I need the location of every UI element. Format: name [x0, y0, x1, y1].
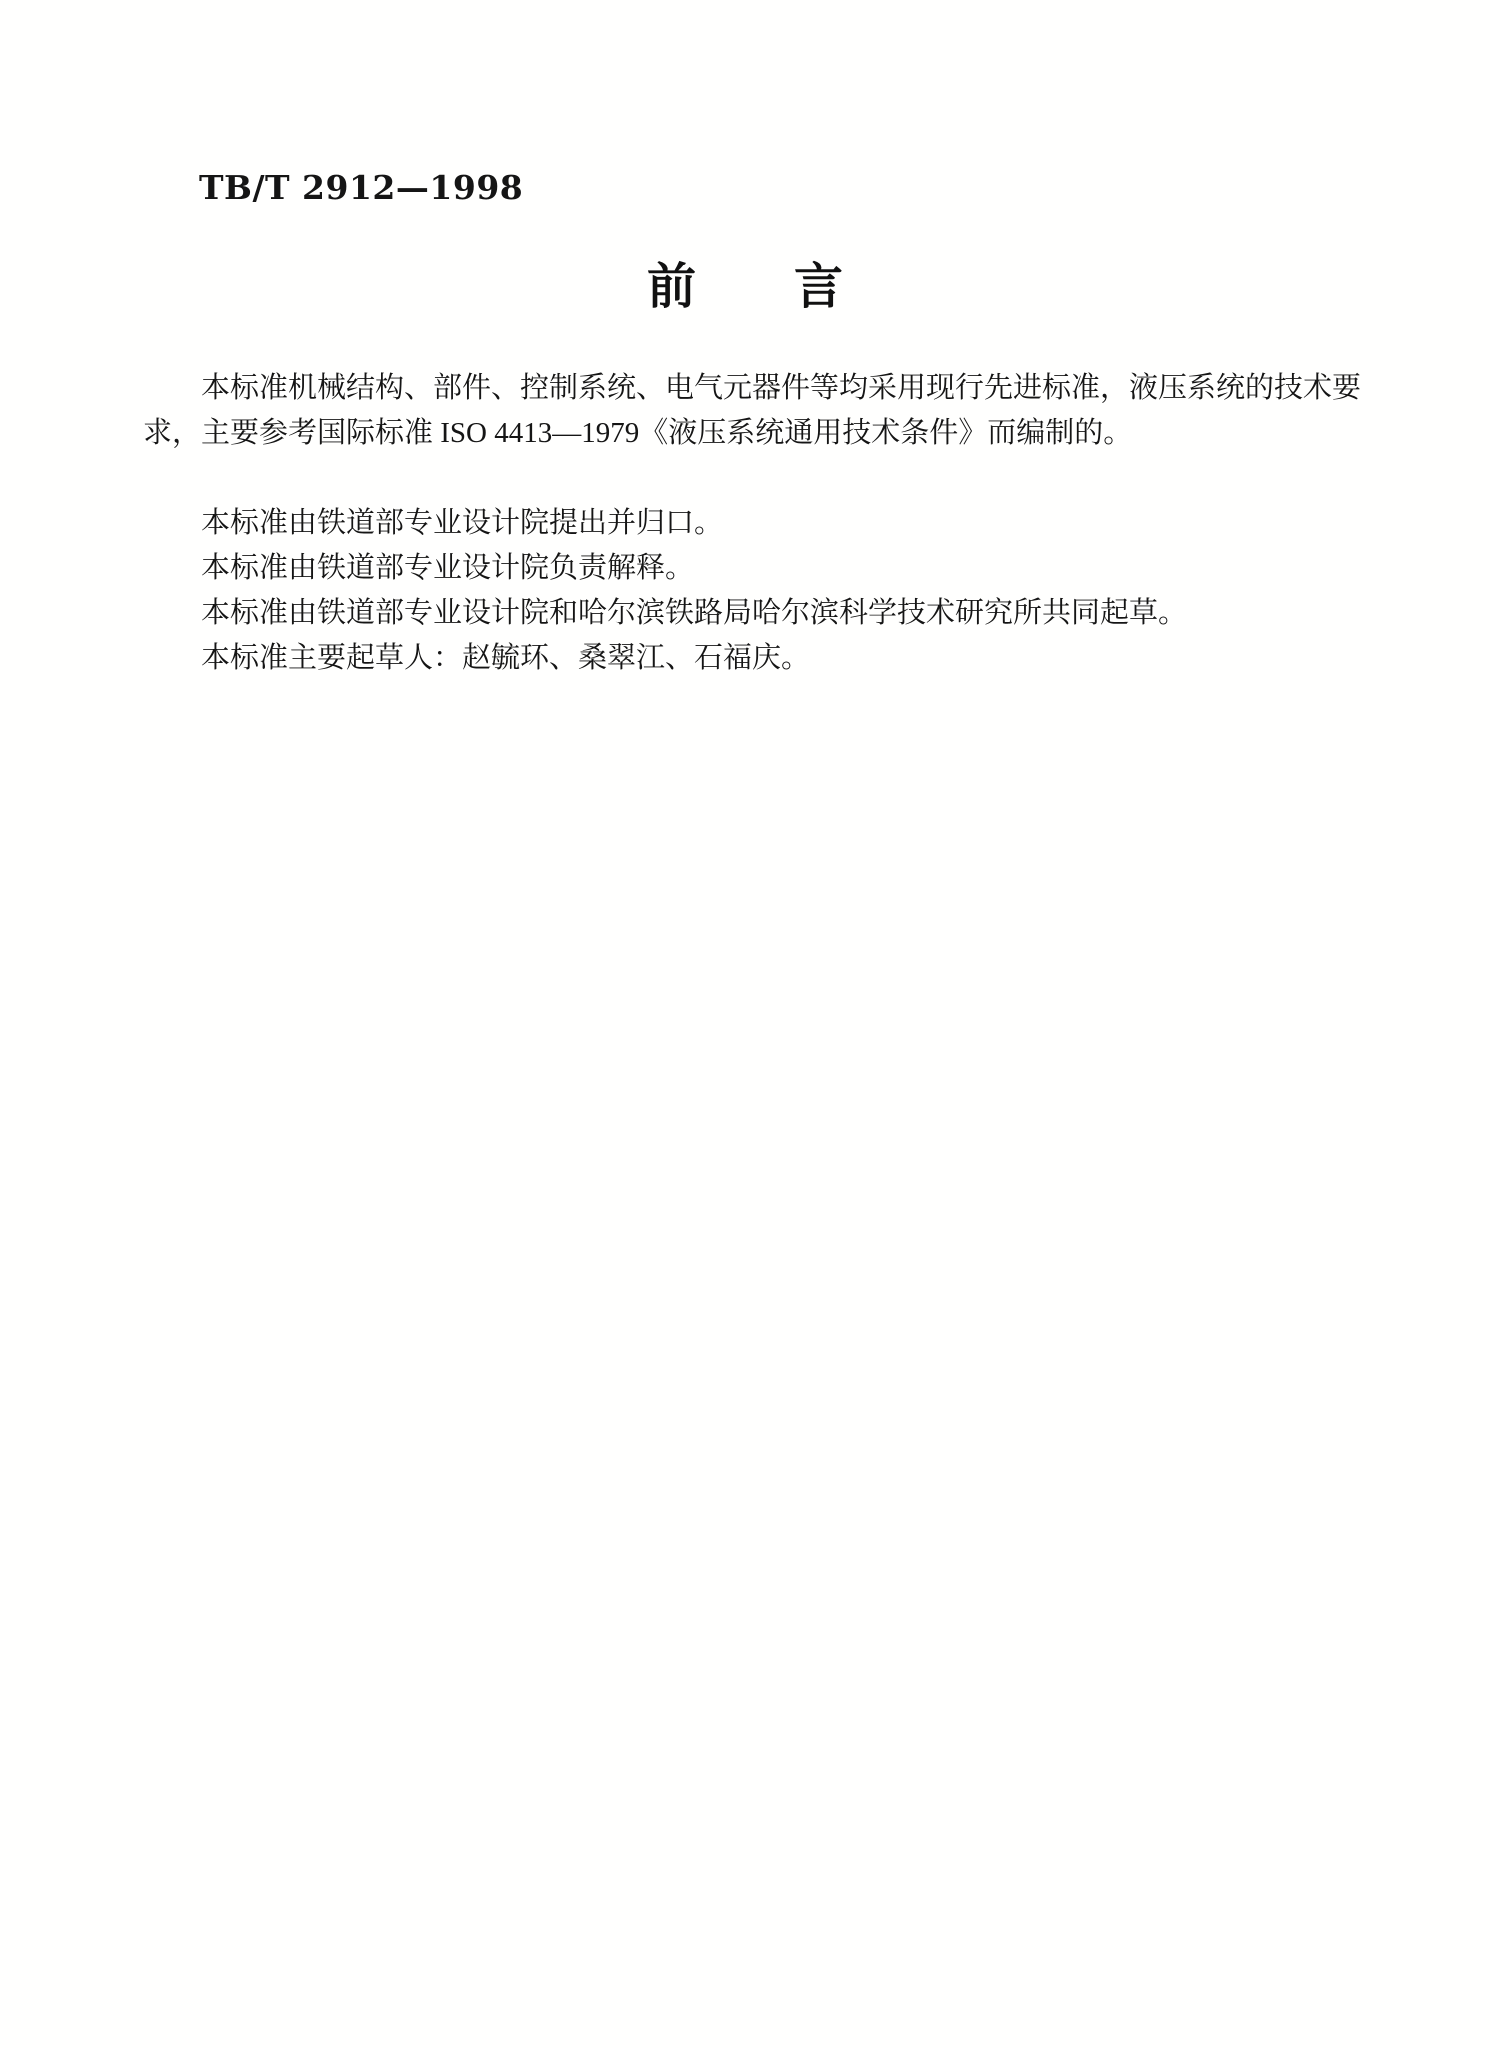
foreword-paragraph-5: 本标准主要起草人：赵毓环、桑翠江、石福庆。	[143, 636, 1358, 681]
foreword-paragraph-2: 本标准由铁道部专业设计院提出并归口。	[143, 501, 1358, 546]
page-title: 前 言	[0, 248, 1490, 318]
doc-number: TB/T 2912—1998	[199, 168, 523, 207]
document-page: TB/T 2912—1998 前 言 本标准机械结构、部件、控制系统、电气元器件…	[0, 0, 1490, 2048]
foreword-paragraph-1-line-1: 本标准机械结构、部件、控制系统、电气元器件等均采用现行先进标准，液压系统的技术要	[143, 366, 1358, 411]
foreword-paragraph-3: 本标准由铁道部专业设计院负责解释。	[143, 546, 1358, 591]
foreword-paragraph-4: 本标准由铁道部专业设计院和哈尔滨铁路局哈尔滨科学技术研究所共同起草。	[143, 591, 1358, 636]
foreword-paragraph-1-line-2: 求，主要参考国际标准 ISO 4413—1979《液压系统通用技术条件》而编制的…	[143, 411, 1358, 456]
foreword-body: 本标准机械结构、部件、控制系统、电气元器件等均采用现行先进标准，液压系统的技术要…	[143, 366, 1358, 681]
